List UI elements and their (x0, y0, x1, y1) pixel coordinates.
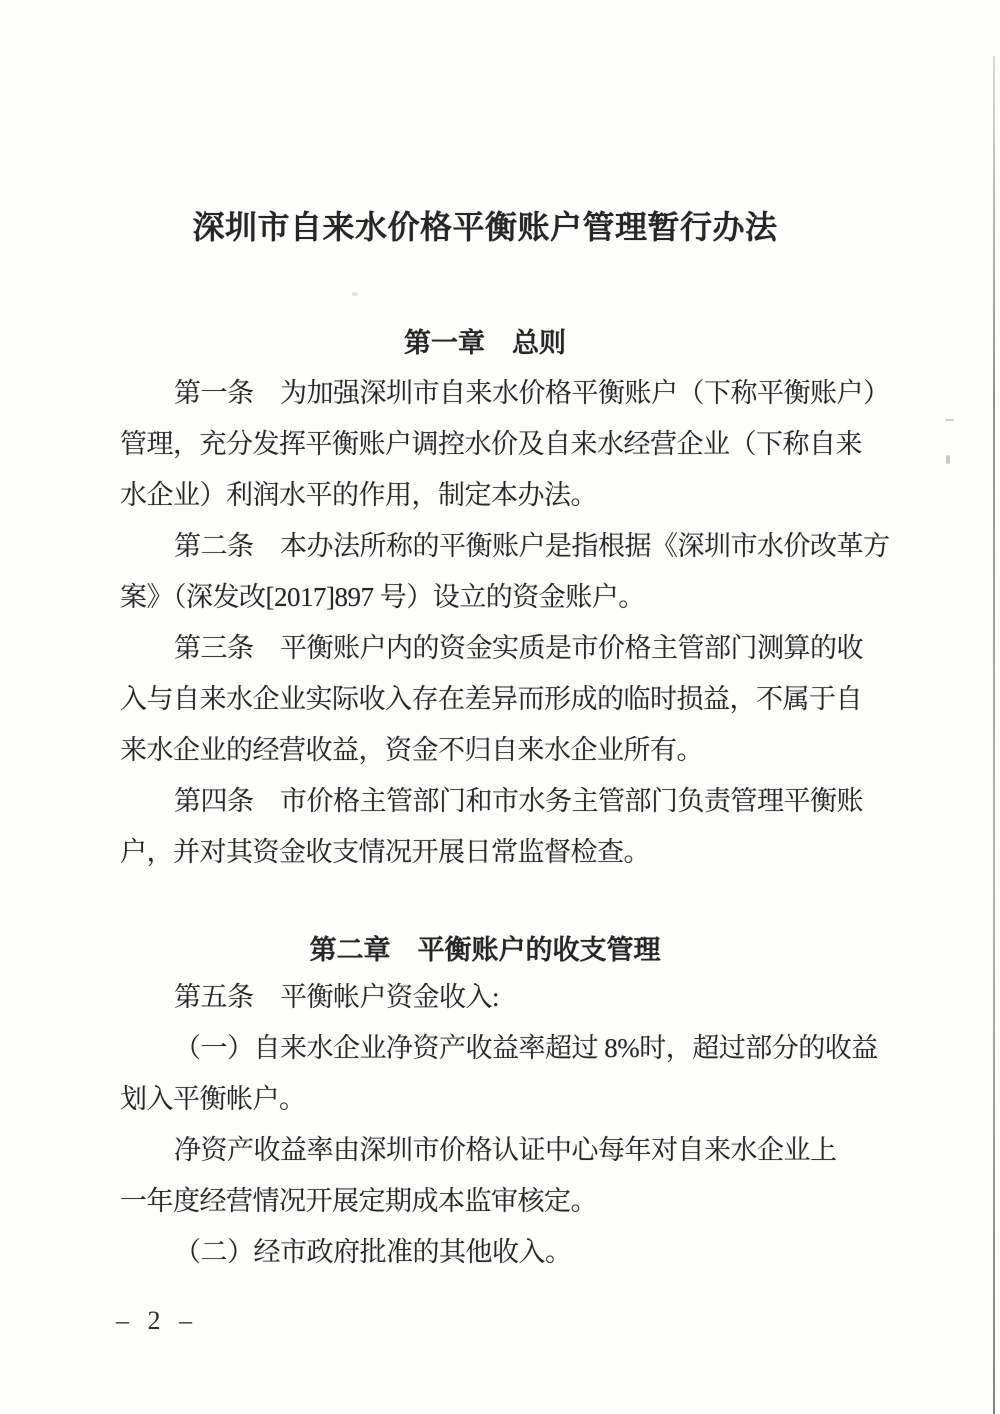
scanned-document-page: 深圳市自来水价格平衡账户管理暂行办法 第一章 总则 第一条 为加强深圳市自来水价… (0, 0, 1000, 1414)
text-line: 水企业）利润水平的作用，制定本办法。 (120, 467, 862, 518)
text-line: 第三条 平衡账户内的资金实质是市价格主管部门测算的收 (120, 620, 862, 671)
text-line: 净资产收益率由深圳市价格认证中心每年对自来水企业上 (120, 1122, 862, 1173)
page-number: – 2 – (116, 1306, 198, 1336)
scan-speck (352, 292, 358, 296)
text-line: 划入平衡帐户。 (120, 1071, 862, 1122)
scan-edge-line (993, 56, 995, 1414)
text-line: 第二条 本办法所称的平衡账户是指根据《深圳市水价改革方 (120, 518, 862, 569)
text-line: 第四条 市价格主管部门和市水务主管部门负责管理平衡账 (120, 773, 862, 824)
chapter-2-body: 第五条 平衡帐户资金收入: （一）自来水企业净资产收益率超过 8%时，超过部分的… (120, 969, 862, 1275)
scan-speck (946, 455, 950, 464)
text-line: 一年度经营情况开展定期成本监审核定。 (120, 1173, 862, 1224)
chapter-1-body: 第一条 为加强深圳市自来水价格平衡账户（下称平衡账户） 管理，充分发挥平衡账户调… (120, 365, 862, 875)
scan-speck (945, 419, 954, 421)
text-line: 户，并对其资金收支情况开展日常监督检查。 (120, 824, 862, 875)
text-line: 入与自来水企业实际收入存在差异而形成的临时损益，不属于自 (120, 671, 862, 722)
text-line: 管理，充分发挥平衡账户调控水价及自来水经营企业（下称自来 (120, 416, 862, 467)
text-line: 第五条 平衡帐户资金收入: (120, 969, 862, 1020)
text-line: 第一条 为加强深圳市自来水价格平衡账户（下称平衡账户） (120, 365, 862, 416)
chapter-1-heading: 第一章 总则 (0, 321, 970, 360)
document-title: 深圳市自来水价格平衡账户管理暂行办法 (0, 202, 970, 248)
text-line: （二）经市政府批准的其他收入。 (120, 1224, 862, 1275)
text-line: 来水企业的经营收益，资金不归自来水企业所有。 (120, 722, 862, 773)
text-line: 案》（深发改[2017]897 号）设立的资金账户。 (120, 569, 862, 620)
text-line: （一）自来水企业净资产收益率超过 8%时，超过部分的收益 (120, 1020, 862, 1071)
chapter-2-heading: 第二章 平衡账户的收支管理 (0, 928, 970, 967)
